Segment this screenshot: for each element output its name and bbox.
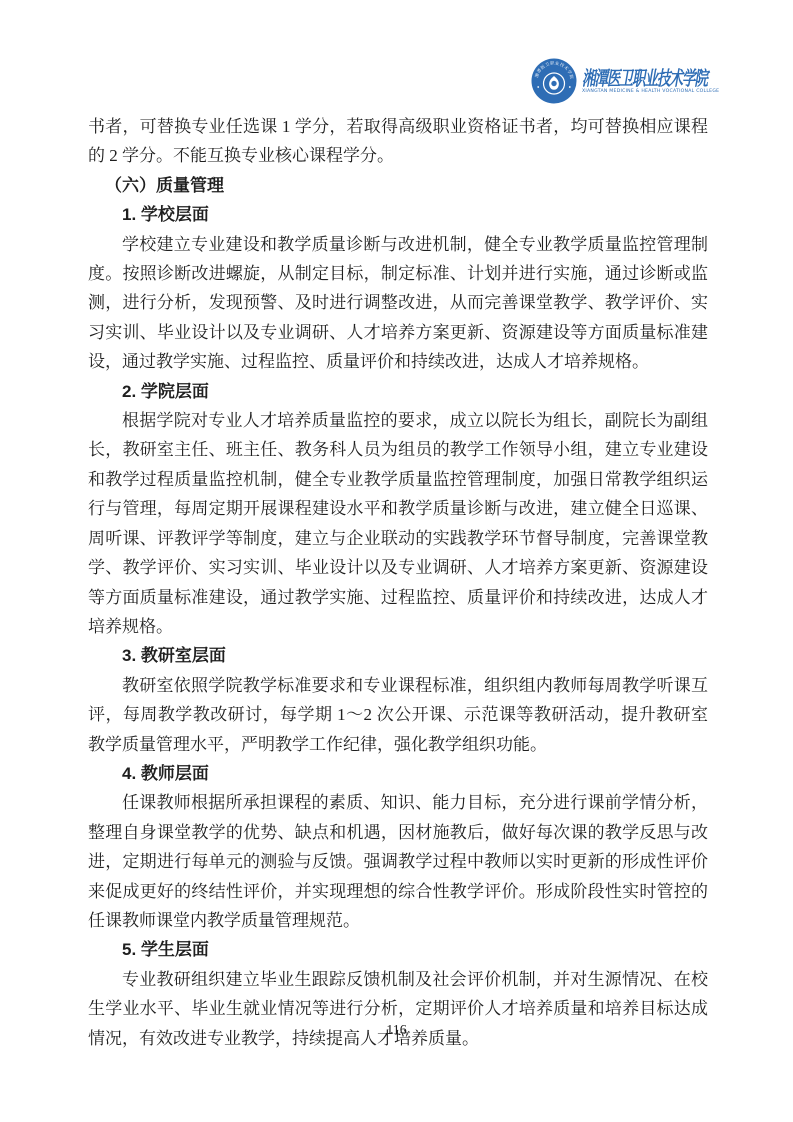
- section-heading-quality-management: （六）质量管理: [88, 171, 708, 200]
- subsection-paragraph: 任课教师根据所承担课程的素质、知识、能力目标，充分进行课前学情分析，整理自身课堂…: [88, 788, 708, 935]
- subsection-heading: 1. 学校层面: [88, 200, 708, 229]
- subsection-heading: 2. 学院层面: [88, 377, 708, 406]
- subsection-college-level: 2. 学院层面 根据学院对专业人才培养质量监控的要求，成立以院长为组长，副院长为…: [88, 377, 708, 642]
- subsection-paragraph: 学校建立专业建设和教学质量诊断与改进机制，健全专业教学质量监控管理制度。按照诊断…: [88, 230, 708, 377]
- subsection-paragraph: 根据学院对专业人才培养质量监控的要求，成立以院长为组长，副院长为副组长，教研室主…: [88, 406, 708, 641]
- college-name-chinese: 湘潭医卫职业技术学院: [582, 69, 719, 89]
- subsection-school-level: 1. 学校层面 学校建立专业建设和教学质量诊断与改进机制，健全专业教学质量监控管…: [88, 200, 708, 376]
- subsection-paragraph: 教研室依照学院教学标准要求和专业课程标准，组织组内教师每周教学听课互评，每周教学…: [88, 671, 708, 759]
- page-number: 116: [0, 1023, 793, 1039]
- document-content: 书者，可替换专业任选课 1 学分，若取得高级职业资格证书者，均可替换相应课程的 …: [88, 112, 708, 1053]
- subsection-heading: 4. 教师层面: [88, 759, 708, 788]
- document-page: 湘潭医卫职业技术学院 湘潭医卫职业技术学院 XIANGTAN MEDICINE …: [0, 0, 793, 1122]
- subsection-paragraph: 专业教研组织建立毕业生跟踪反馈机制及社会评价机制，并对生源情况、在校生学业水平、…: [88, 965, 708, 1053]
- subsection-heading: 5. 学生层面: [88, 935, 708, 964]
- college-logo: 湘潭医卫职业技术学院 湘潭医卫职业技术学院 XIANGTAN MEDICINE …: [531, 58, 719, 104]
- college-seal-icon: 湘潭医卫职业技术学院: [531, 58, 577, 104]
- college-name-block: 湘潭医卫职业技术学院 XIANGTAN MEDICINE & HEALTH VO…: [582, 58, 719, 94]
- continuation-paragraph: 书者，可替换专业任选课 1 学分，若取得高级职业资格证书者，均可替换相应课程的 …: [88, 112, 708, 171]
- subsection-teacher-level: 4. 教师层面 任课教师根据所承担课程的素质、知识、能力目标，充分进行课前学情分…: [88, 759, 708, 935]
- subsection-heading: 3. 教研室层面: [88, 641, 708, 670]
- subsection-teaching-research-office-level: 3. 教研室层面 教研室依照学院教学标准要求和专业课程标准，组织组内教师每周教学…: [88, 641, 708, 759]
